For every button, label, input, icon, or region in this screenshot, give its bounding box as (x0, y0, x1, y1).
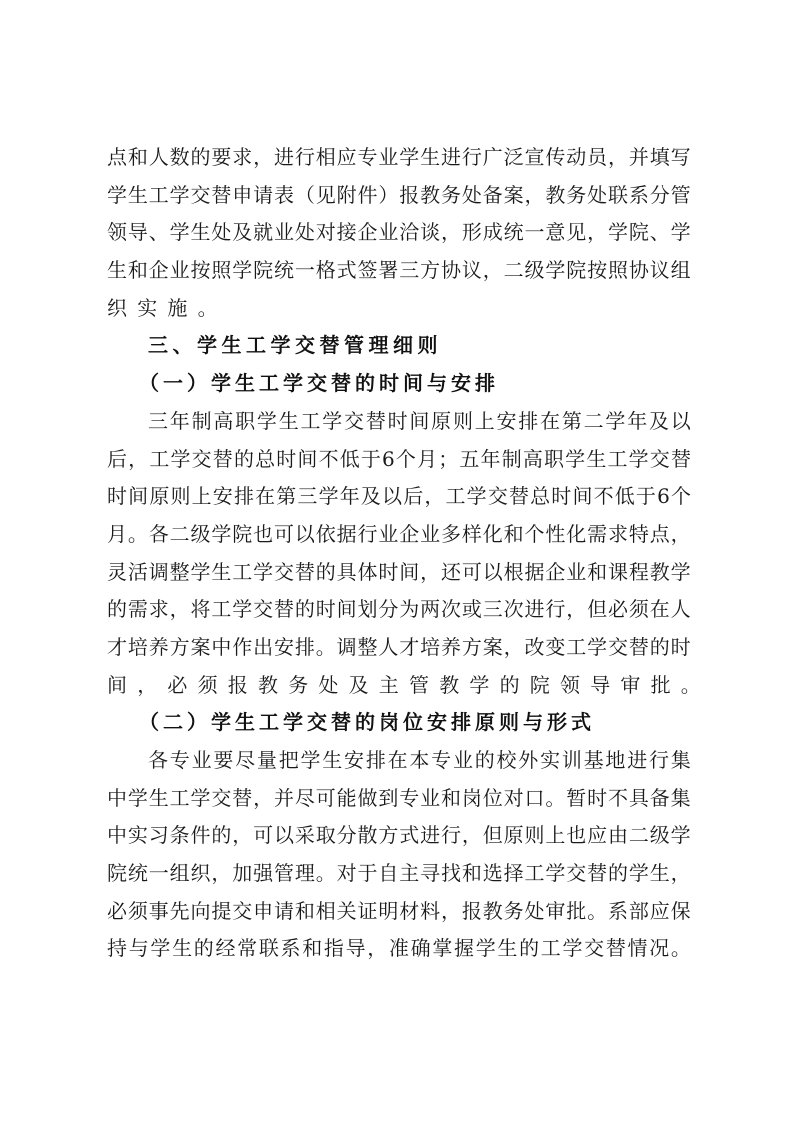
text-line: 学生工学交替申请表（见附件）报教务处备案，教务处联系分管 (107, 177, 691, 215)
paragraph-application-process: 点和人数的要求，进行相应专业学生进行广泛宣传动员，并填写 学生工学交替申请表（见… (107, 139, 691, 327)
paragraph-position-principles: 各专业要尽量把学生安排在本专业的校外实训基地进行集 中学生工学交替，并尽可能做到… (107, 742, 691, 968)
text-line: 领导、学生处及就业处对接企业洽谈，形成统一意见，学院、学 (107, 214, 691, 252)
text-line: 生和企业按照学院统一格式签署三方协议，二级学院按照协议组 (107, 252, 691, 290)
text-line: 中学生工学交替，并尽可能做到专业和岗位对口。暂时不具备集 (107, 780, 691, 818)
text-line: 院统一组织，加强管理。对于自主寻找和选择工学交替的学生， (107, 855, 691, 893)
section-heading: 三、学生工学交替管理细则 (107, 327, 691, 365)
text-line: 中实习条件的，可以采取分散方式进行，但原则上也应由二级学 (107, 817, 691, 855)
text-line: 必须事先向提交申请和相关证明材料，报教务处审批。系部应保 (107, 893, 691, 931)
paragraph-time-arrangement: 三年制高职学生工学交替时间原则上安排在第二学年及以 后，工学交替的总时间不低于6… (107, 403, 691, 705)
text-line: 灵活调整学生工学交替的具体时间，还可以根据企业和课程教学 (107, 554, 691, 592)
text-line: 月。各二级学院也可以依据行业企业多样化和个性化需求特点， (107, 516, 691, 554)
text-line: 时间原则上安排在第三学年及以后，工学交替总时间不低于6个 (107, 478, 691, 516)
text-line: 间，必须报教务处及主管教学的院领导审批。 (107, 667, 691, 705)
text-line: 三年制高职学生工学交替时间原则上安排在第二学年及以 (107, 403, 691, 441)
text-line: 各专业要尽量把学生安排在本专业的校外实训基地进行集 (107, 742, 691, 780)
text-line: 后，工学交替的总时间不低于6个月；五年制高职学生工学交替 (107, 441, 691, 479)
text-line: 的需求，将工学交替的时间划分为两次或三次进行，但必须在人 (107, 591, 691, 629)
subsection-heading-time-arrangement: （一）学生工学交替的时间与安排 (107, 365, 691, 403)
text-line: 点和人数的要求，进行相应专业学生进行广泛宣传动员，并填写 (107, 139, 691, 177)
text-line: 织实施。 (107, 290, 691, 328)
text-line: 才培养方案中作出安排。调整人才培养方案，改变工学交替的时 (107, 629, 691, 667)
subsection-heading-position-principles: （二）学生工学交替的岗位安排原则与形式 (107, 704, 691, 742)
document-body: 点和人数的要求，进行相应专业学生进行广泛宣传动员，并填写 学生工学交替申请表（见… (107, 139, 691, 968)
text-line: 持与学生的经常联系和指导，准确掌握学生的工学交替情况。 (107, 930, 691, 968)
document-page: 点和人数的要求，进行相应专业学生进行广泛宣传动员，并填写 学生工学交替申请表（见… (0, 0, 794, 1122)
